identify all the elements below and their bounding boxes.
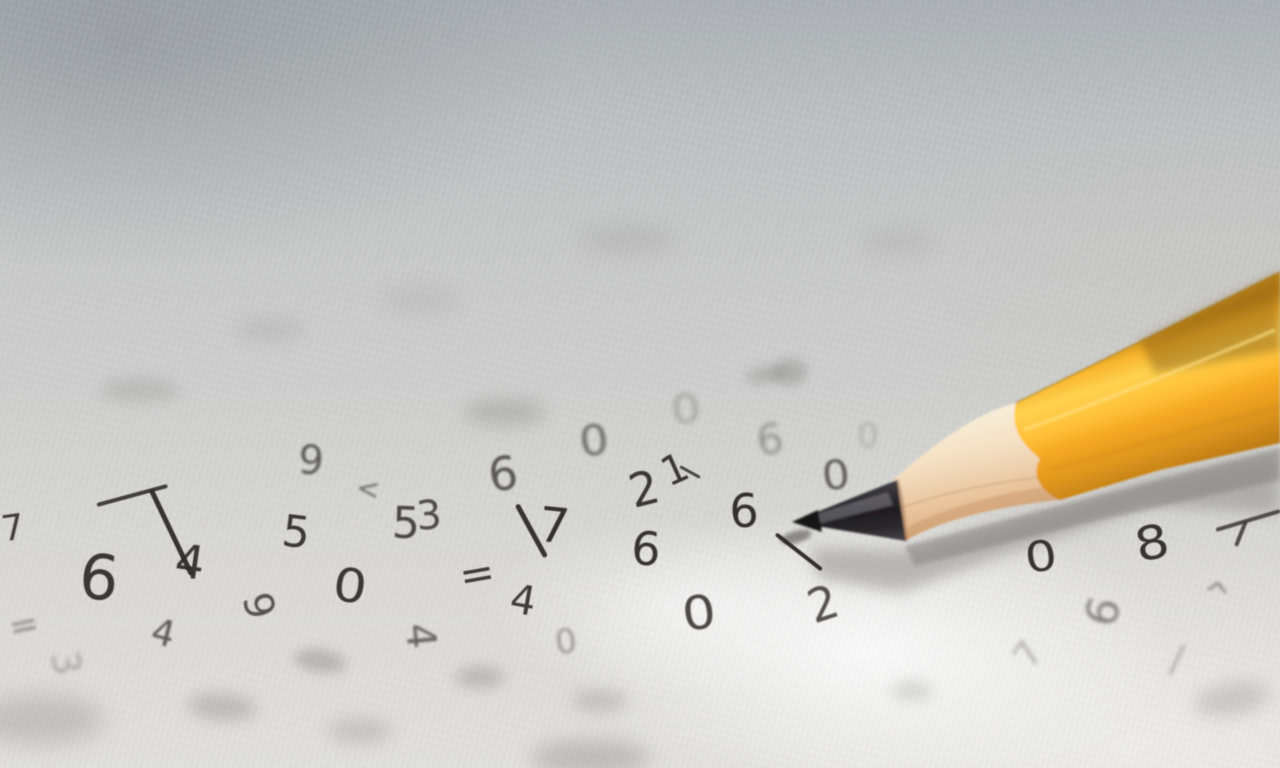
number-glyph: 6	[485, 449, 520, 499]
number-glyph: 0	[679, 588, 719, 638]
number-glyph: 6	[729, 488, 760, 535]
number-glyph: 5	[279, 509, 312, 556]
number-glyph: 6	[754, 417, 786, 462]
number-glyph: 4	[507, 579, 539, 623]
number-glyph: 4	[399, 622, 441, 651]
number-glyph: 3	[45, 648, 87, 678]
number-glyph: 6	[630, 525, 662, 573]
number-glyph: 6	[76, 545, 122, 611]
number-glyph: =	[6, 605, 43, 646]
number-glyph: 2	[624, 463, 664, 515]
numbers-layer: 7649550<36021766=40260086^7/944=30	[0, 0, 1280, 768]
pencil-mark-stroke	[149, 488, 195, 576]
photo-scene: 00	[0, 0, 1280, 768]
number-glyph: <	[354, 474, 381, 505]
number-glyph: 2	[802, 578, 844, 631]
pencil-mark-stroke	[1215, 509, 1280, 532]
number-glyph: 8	[1131, 517, 1174, 569]
number-glyph: 0	[1022, 534, 1060, 580]
pencil-mark-stroke	[775, 532, 823, 571]
number-glyph: 7	[1008, 635, 1051, 674]
number-glyph: /	[1168, 639, 1186, 678]
number-glyph: 9	[235, 589, 280, 624]
number-glyph: 0	[553, 624, 579, 661]
number-glyph: =	[456, 550, 498, 597]
number-glyph: ^	[1199, 577, 1233, 615]
number-glyph: 3	[415, 495, 443, 537]
number-glyph: 0	[669, 389, 702, 432]
number-glyph: 9	[297, 440, 325, 482]
number-glyph: 7	[0, 510, 27, 549]
number-glyph: 0	[330, 561, 370, 611]
number-glyph: 6	[1079, 593, 1129, 631]
number-glyph: 0	[577, 419, 611, 464]
number-glyph: 4	[148, 614, 179, 654]
